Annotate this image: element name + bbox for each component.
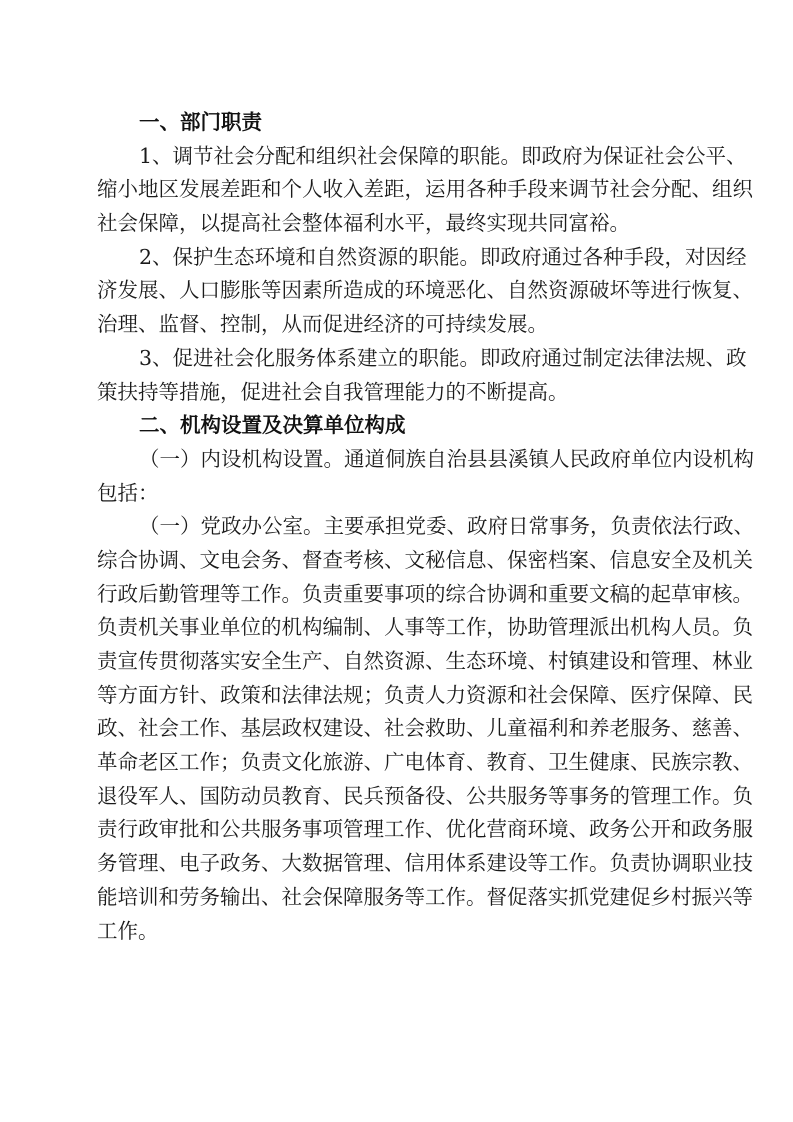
text-line: 综合协调、文电会务、督查考核、文秘信息、保密档案、信息安全及机关 xyxy=(97,544,703,578)
text-line: 济发展、人口膨胀等因素所造成的环境恶化、自然资源破坏等进行恢复、 xyxy=(97,274,703,308)
text-line: 退役军人、国防动员教育、民兵预备役、公共服务等事务的管理工作。负 xyxy=(97,780,703,814)
text-line: 行政后勤管理等工作。负责重要事项的综合协调和重要文稿的起草审核。 xyxy=(97,578,703,612)
text-line: 责宣传贯彻落实安全生产、自然资源、生态环境、村镇建设和管理、林业 xyxy=(97,645,703,679)
section-heading-organization: 二、机构设置及决算单位构成 xyxy=(97,409,703,443)
text-line: 治理、监督、控制，从而促进经济的可持续发展。 xyxy=(97,308,703,342)
document-body: 一、部门职责 1、调节社会分配和组织社会保障的职能。即政府为保证社会公平、 缩小… xyxy=(97,106,703,948)
text-line: 负责机关事业单位的机构编制、人事等工作，协助管理派出机构人员。负 xyxy=(97,611,703,645)
text-line: 革命老区工作；负责文化旅游、广电体育、教育、卫生健康、民族宗教、 xyxy=(97,746,703,780)
paragraph-internal-structure: （一）内设机构设置。通道侗族自治县县溪镇人民政府单位内设机构 包括： xyxy=(97,443,703,510)
document-page: 一、部门职责 1、调节社会分配和组织社会保障的职能。即政府为保证社会公平、 缩小… xyxy=(0,0,793,1122)
text-line: 缩小地区发展差距和个人收入差距，运用各种手段来调节社会分配、组织 xyxy=(97,173,703,207)
text-line: 等方面方针、政策和法律法规；负责人力资源和社会保障、医疗保障、民 xyxy=(97,679,703,713)
paragraph-party-government-office: （一）党政办公室。主要承担党委、政府日常事务，负责依法行政、 综合协调、文电会务… xyxy=(97,510,703,948)
text-line: 务管理、电子政务、大数据管理、信用体系建设等工作。负责协调职业技 xyxy=(97,847,703,881)
text-line: 社会保障，以提高社会整体福利水平，最终实现共同富裕。 xyxy=(97,207,703,241)
text-line: 包括： xyxy=(97,477,703,511)
paragraph-duty-3: 3、促进社会化服务体系建立的职能。即政府通过制定法律法规、政 策扶持等措施，促进… xyxy=(97,342,703,409)
paragraph-duty-1: 1、调节社会分配和组织社会保障的职能。即政府为保证社会公平、 缩小地区发展差距和… xyxy=(97,140,703,241)
text-line: （一）党政办公室。主要承担党委、政府日常事务，负责依法行政、 xyxy=(97,510,703,544)
text-line: 3、促进社会化服务体系建立的职能。即政府通过制定法律法规、政 xyxy=(97,342,703,376)
text-line: 工作。 xyxy=(97,915,703,949)
text-line: 能培训和劳务输出、社会保障服务等工作。督促落实抓党建促乡村振兴等 xyxy=(97,881,703,915)
section-heading-department-duties: 一、部门职责 xyxy=(97,106,703,140)
text-line: 策扶持等措施，促进社会自我管理能力的不断提高。 xyxy=(97,376,703,410)
text-line: 1、调节社会分配和组织社会保障的职能。即政府为保证社会公平、 xyxy=(97,140,703,174)
text-line: （一）内设机构设置。通道侗族自治县县溪镇人民政府单位内设机构 xyxy=(97,443,703,477)
text-line: 政、社会工作、基层政权建设、社会救助、儿童福利和养老服务、慈善、 xyxy=(97,712,703,746)
text-line: 2、保护生态环境和自然资源的职能。即政府通过各种手段，对因经 xyxy=(97,241,703,275)
paragraph-duty-2: 2、保护生态环境和自然资源的职能。即政府通过各种手段，对因经 济发展、人口膨胀等… xyxy=(97,241,703,342)
text-line: 责行政审批和公共服务事项管理工作、优化营商环境、政务公开和政务服 xyxy=(97,813,703,847)
